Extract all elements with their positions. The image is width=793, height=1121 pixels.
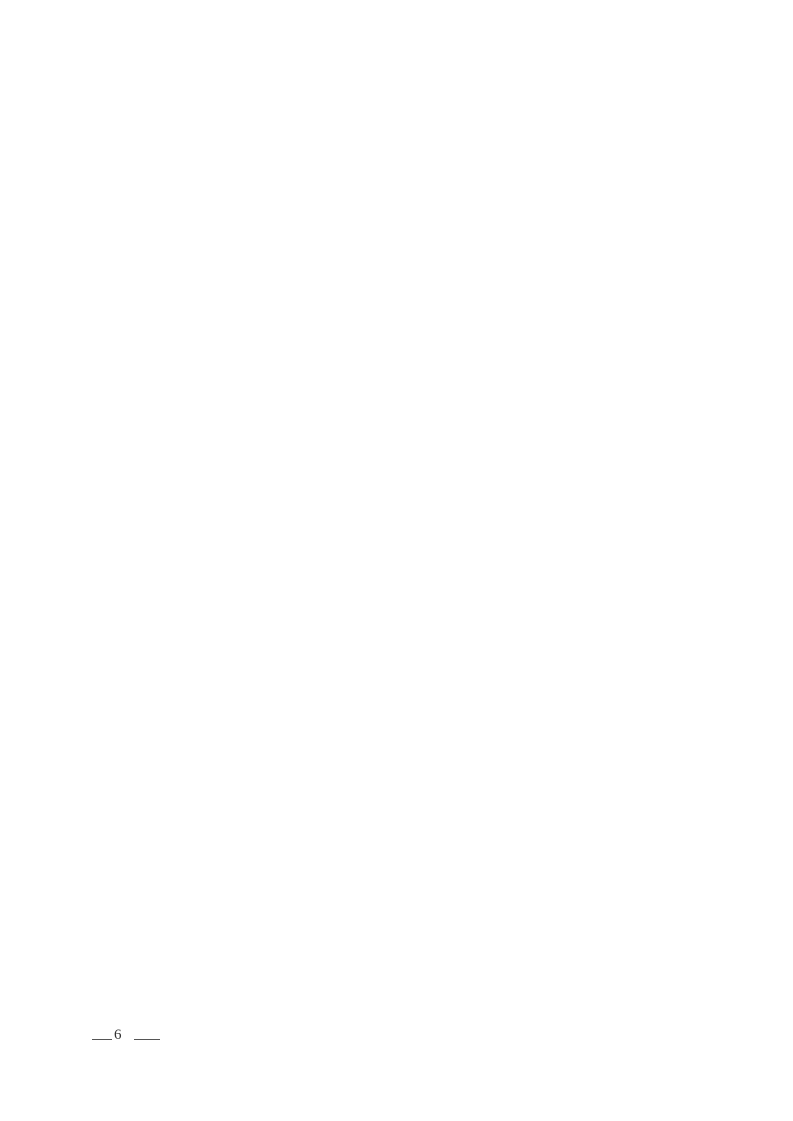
clause-1-line-3: 致的家庭成员向其户籍所在地提出申请；共同生活的家庭成 — [100, 298, 700, 328]
clause-4-line-4: 在地提出申请。 — [100, 847, 700, 877]
clause-1-line-5: 向其户籍所在地提出申请。 — [100, 388, 700, 418]
footer-dash-right — [134, 1038, 160, 1040]
page-number: 6 — [114, 1027, 122, 1044]
article-heading-line: 第十条共同生活家庭成员的户籍有下列情况之一的， — [100, 140, 700, 170]
clause-2-line-2: 所在地不一致的，可以向经常居住地乡镇人民政府(街道办 — [100, 474, 700, 504]
clause-4-line-2: 员中无我省户籍人口，向其户籍所在地提出申请；如共同生 — [100, 757, 700, 787]
clause-4-line-1: (四)外省户籍人口居住在我省的，如共同生活家庭成 — [100, 710, 700, 740]
summary-line-1: 上述情况下，共同生活的家庭成员可根据各自户籍类别 — [100, 884, 700, 914]
summary-line-2: 的实际情况分别申请城市低保和农村低保。 — [100, 929, 700, 959]
clause-1-line-4: 员户籍所在地与经常居住地均不一致的，可由任一家庭成员 — [100, 343, 700, 373]
clause-3-line-3: 所在地提出申请，户籍所在地通过信函索证或赴外省核查等 — [100, 645, 700, 675]
document-page: 第十条共同生活家庭成员的户籍有下列情况之一的， 分别按以下方式办理： (一)省内… — [0, 0, 793, 1121]
page-footer: 6 — [92, 1024, 160, 1044]
article-title: 第十条 — [148, 144, 217, 166]
clause-3-line-2: 如在当地申请，可由当地办理；如当地不予办理，可向户籍 — [100, 600, 700, 630]
clause-1-line-1: (一)省内共同生活的家庭成员户籍所在地不在同一县 — [100, 207, 700, 237]
clause-3-line-1: (三)我省户籍人口居住在省外的，根据申请人的选择， — [100, 553, 700, 583]
clause-2-line-1: (二)同一县(市、区)内，申请人经常居住地与户籍 — [100, 427, 700, 457]
continuation-line-1: 低保审核确认、资金发放等工作由申请受理地县级人民 — [100, 976, 700, 1006]
clause-4-line-3: 活家庭成员中有我省户籍人口，可由我省户籍人口向户籍所 — [100, 802, 700, 832]
footer-dash-left — [92, 1038, 112, 1040]
clause-1-line-2: (市、区)的，可以由其中一个户籍所在地与经常居住地一 — [100, 253, 700, 283]
article-intro-text: 共同生活家庭成员的户籍有下列情况之一的， — [243, 144, 735, 166]
clause-2-line-3: 事处)提出申请。 — [100, 519, 700, 549]
